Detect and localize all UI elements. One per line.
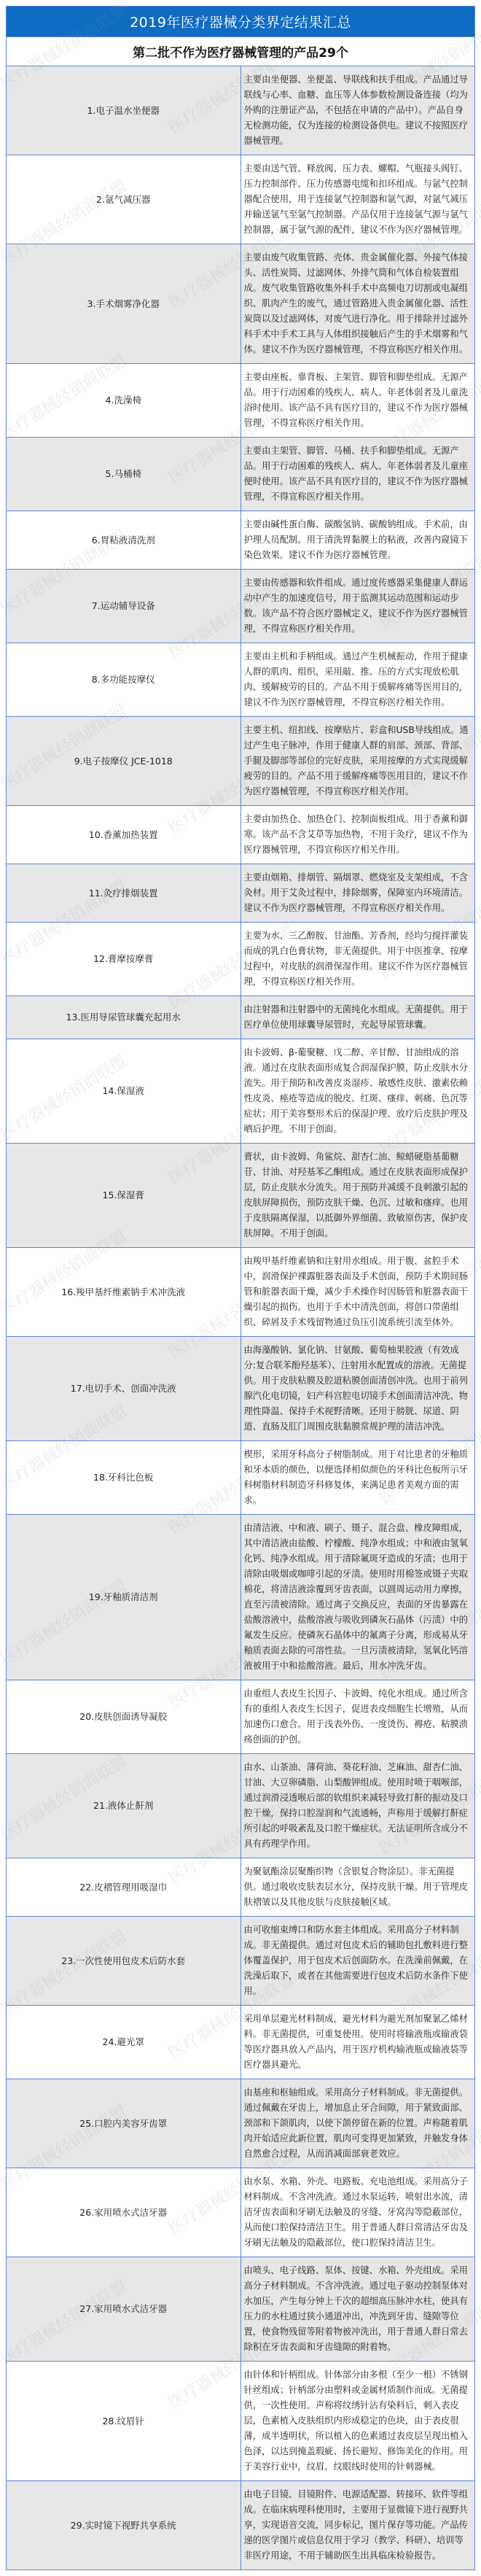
product-description: 楔形，采用牙科高分子树脂制成。用于对比患者的牙釉质和牙本质的颜色，以便选择相似颜… xyxy=(240,1441,475,1515)
product-description: 由重组人表皮生长因子、卡波姆、纯化水组成。通过所含有的重组人表皮生长因子，促进表… xyxy=(240,1680,475,1754)
table-row: 10.香薰加热装置主要由加热仓、加热仓门、控制面板组成。用于香薰和御寒。该产品不… xyxy=(7,806,475,864)
product-name: 6.胃粘液清洗剂 xyxy=(7,511,241,570)
product-name: 27.家用喷水式洁牙器 xyxy=(7,2257,241,2362)
classification-table: 2019年医疗器械分类界定结果汇总 第二批不作为医疗器械管理的产品29个 1.电… xyxy=(6,6,475,2570)
table-row: 29.实时镜下视野共享系统由电子目镜、目镜附件、电源适配器、转接环、软件等组成。… xyxy=(7,2481,475,2570)
table-row: 9.电子按摩仪 JCE-1018主要主机、纽扣线、按摩贴片、彩盒和USB导线组成… xyxy=(7,717,475,806)
table-row: 24.避光罩采用单层避光材料制成，避光材料为避光剂加聚氯乙烯材料。非无菌提供，可… xyxy=(7,2006,475,2079)
product-name: 3.手术烟雾净化器 xyxy=(7,244,241,364)
product-description: 由水泵、水箱、外壳、电路板、充电池组成。采用高分子材料制成。不含冲洗液。通过水泵… xyxy=(240,2168,475,2257)
product-description: 由海藻酸钠、氯化钠、甘氨酸、葡萄柚果胶液（有效成分:复合联苯酚羟基苯）、注射用水… xyxy=(240,1337,475,1441)
title-row: 2019年医疗器械分类界定结果汇总 xyxy=(7,7,475,37)
table-row: 12.膏摩按摩膏主要为水、三乙醇胺、甘油酯、芳香剂，经均匀搅拌灌装而成的乳白色膏… xyxy=(7,923,475,996)
product-name: 11.灸疗排烟装置 xyxy=(7,864,241,923)
table-row: 23.一次性使用包皮术后防水套由可收缩束缚口和防水套主体组成。采用高分子材料制成… xyxy=(7,1917,475,2006)
product-name: 15.保湿膏 xyxy=(7,1144,241,1248)
product-description: 主要由废气收集管路、壳体、贵金属催化器、外接气体接头、活性炭筒、过滤网体、外排气… xyxy=(240,244,475,364)
product-name: 29.实时镜下视野共享系统 xyxy=(7,2481,241,2570)
product-name: 25.口腔内美容牙齿罩 xyxy=(7,2079,241,2168)
product-description: 采用单层避光材料制成，避光材料为避光剂加聚氯乙烯材料。非无菌提供，可重复使用。使… xyxy=(240,2006,475,2079)
table-row: 11.灸疗排烟装置主要由烟箱、排烟管、隔烟罩、燃烧室及支架组成，不含灸材。用于艾… xyxy=(7,864,475,923)
product-description: 为聚氨酯涂层聚酯织物（含银复合物涂层）。非无菌提供。通过吸收皮肤表层水分，保持皮… xyxy=(240,1858,475,1917)
table-row: 21.液体止鼾剂由水、山茶油、薄荷油、葵花籽油、芝麻油、甜杏仁油、甘油、大豆卵磷… xyxy=(7,1754,475,1858)
product-description: 由注射器和注射器中的无菌纯化水组成。无菌提供。用于医疗单位使用球囊导尿管时，充起… xyxy=(240,996,475,1039)
table-row: 16.羧甲基纤维素钠手术冲洗液由羧甲基纤维素钠和注射用水组成。用于腹、盆腔手术中… xyxy=(7,1248,475,1337)
table-row: 22.皮褶管理用吸湿巾为聚氨酯涂层聚酯织物（含银复合物涂层）。非无菌提供。通过吸… xyxy=(7,1858,475,1917)
product-name: 20.皮肤创面诱导凝胶 xyxy=(7,1680,241,1754)
table-row: 13.医用导尿管球囊充起用水由注射器和注射器中的无菌纯化水组成。无菌提供。用于医… xyxy=(7,996,475,1039)
table-row: 1.电子温水坐便器主要由坐便器、坐便盖、导联线和扶手组成。产品通过导联线与心率、… xyxy=(7,66,475,155)
section-subtitle: 第二批不作为医疗器械管理的产品29个 xyxy=(7,37,475,66)
table-row: 20.皮肤创面诱导凝胶由重组人表皮生长因子、卡波姆、纯化水组成。通过所含有的重组… xyxy=(7,1680,475,1754)
table-row: 26.家用喷水式洁牙器由水泵、水箱、外壳、电路板、充电池组成。采用高分子材料制成… xyxy=(7,2168,475,2257)
product-name: 14.保湿液 xyxy=(7,1039,241,1144)
product-name: 16.羧甲基纤维素钠手术冲洗液 xyxy=(7,1248,241,1337)
product-description: 主要由传感器和软件组成。通过度传感器采集健康人群运动中产生的加速度信号，用于监测… xyxy=(240,570,475,643)
subtitle-row: 第二批不作为医疗器械管理的产品29个 xyxy=(7,37,475,66)
page-title: 2019年医疗器械分类界定结果汇总 xyxy=(7,7,475,37)
product-description: 由喷头、电子线路、泵体、按键、水箱、外壳组成。采用高分子材料制成。不含冲洗液。通… xyxy=(240,2257,475,2362)
product-name: 24.避光罩 xyxy=(7,2006,241,2079)
product-description: 由清洁液、中和液、刷子、镊子、混合盘、橡皮障组成，其中清洁液由盐酸、柠檬酸、纯净… xyxy=(240,1515,475,1680)
product-name: 5.马桶椅 xyxy=(7,438,241,511)
product-name: 1.电子温水坐便器 xyxy=(7,66,241,155)
product-name: 17.电切手术、创面冲洗液 xyxy=(7,1337,241,1441)
table-row: 15.保湿膏膏状，由卡波姆、角鲨烷、甜杏仁油、鲸蜡硬脂基葡糖苷、甘油、对羟基苯乙… xyxy=(7,1144,475,1248)
table-row: 19.牙釉质清洁剂由清洁液、中和液、刷子、镊子、混合盘、橡皮障组成，其中清洁液由… xyxy=(7,1515,475,1680)
table-row: 5.马桶椅主要由主架管、脚管、马桶、扶手和脚垫组成。无源产品。用于行动困难的残疾… xyxy=(7,438,475,511)
product-description: 主要由烟箱、排烟管、隔烟罩、燃烧室及支架组成，不含灸材。用于艾灸过程中，排除烟雾… xyxy=(240,864,475,923)
table-row: 4.洗澡椅主要由座板、靠背板、主架管、脚管和脚垫组成。无源产品。用于行动困难的残… xyxy=(7,364,475,438)
product-description: 主要主机、纽扣线、按摩贴片、彩盒和USB导线组成。通过产生电子脉冲，作用于健康人… xyxy=(240,717,475,806)
product-name: 21.液体止鼾剂 xyxy=(7,1754,241,1858)
product-description: 由卡波姆、β-葡聚糖、戊二醇、辛甘醇、甘油组成的溶液。通过在皮肤表面形成复合润湿… xyxy=(240,1039,475,1144)
product-name: 7.运动辅导设备 xyxy=(7,570,241,643)
product-name: 28.纹眉针 xyxy=(7,2362,241,2481)
product-description: 主要由送气管、释放阀、压力表、螺帽、气瓶接头阀钉、压力控制部件、压力传感器电缆和… xyxy=(240,155,475,244)
document-page: 2019年医疗器械分类界定结果汇总 第二批不作为医疗器械管理的产品29个 1.电… xyxy=(6,6,475,2570)
product-description: 膏状，由卡波姆、角鲨烷、甜杏仁油、鲸蜡硬脂基葡糖苷、甘油、对羟基苯乙酮组成。通过… xyxy=(240,1144,475,1248)
product-description: 主要由主机和手柄组成。通过产生机械振动，作用于健康人群的肌肉、组织，采用敲、推、… xyxy=(240,643,475,717)
product-name: 23.一次性使用包皮术后防水套 xyxy=(7,1917,241,2006)
table-row: 6.胃粘液清洗剂主要由碱性蛋白酶、碳酸氢钠、碳酸钠组成。手术前，由护理人员配制。… xyxy=(7,511,475,570)
product-name: 26.家用喷水式洁牙器 xyxy=(7,2168,241,2257)
product-name: 8.多功能按摩仪 xyxy=(7,643,241,717)
product-description: 主要由碱性蛋白酶、碳酸氢钠、碳酸钠组成。手术前，由护理人员配制。用于清洗胃黏膜上… xyxy=(240,511,475,570)
product-description: 由针体和针柄组成。针体部分由多根（至少一根）不锈钢针丝组成；针柄部分由塑料或金属… xyxy=(240,2362,475,2481)
product-description: 由电子目镜、目镜附件、电源适配器、转接环、软件等组成。在临床病理科使用时，主要用… xyxy=(240,2481,475,2570)
product-description: 主要为水、三乙醇胺、甘油酯、芳香剂，经均匀搅拌灌装而成的乳白色膏状物，非无菌提供… xyxy=(240,923,475,996)
table-row: 14.保湿液由卡波姆、β-葡聚糖、戊二醇、辛甘醇、甘油组成的溶液。通过在皮肤表面… xyxy=(7,1039,475,1144)
table-row: 8.多功能按摩仪主要由主机和手柄组成。通过产生机械振动，作用于健康人群的肌肉、组… xyxy=(7,643,475,717)
table-row: 7.运动辅导设备主要由传感器和软件组成。通过度传感器采集健康人群运动中产生的加速… xyxy=(7,570,475,643)
table-row: 3.手术烟雾净化器主要由废气收集管路、壳体、贵金属催化器、外接气体接头、活性炭筒… xyxy=(7,244,475,364)
product-description: 主要由座板、靠背板、主架管、脚管和脚垫组成。无源产品。用于行动困难的残疾人、病人… xyxy=(240,364,475,438)
table-row: 17.电切手术、创面冲洗液由海藻酸钠、氯化钠、甘氨酸、葡萄柚果胶液（有效成分:复… xyxy=(7,1337,475,1441)
product-description: 主要由加热仓、加热仓门、控制面板组成。用于香薰和御寒。该产品不含艾草等加热物，不… xyxy=(240,806,475,864)
product-name: 13.医用导尿管球囊充起用水 xyxy=(7,996,241,1039)
product-description: 由羧甲基纤维素钠和注射用水组成。用于腹、盆腔手术中，润滑保护裸露脏器表面及手术创… xyxy=(240,1248,475,1337)
product-description: 由水、山茶油、薄荷油、葵花籽油、芝麻油、甜杏仁油、甘油、大豆卵磷脂、山梨酸钾组成… xyxy=(240,1754,475,1858)
table-row: 28.纹眉针由针体和针柄组成。针体部分由多根（至少一根）不锈钢针丝组成；针柄部分… xyxy=(7,2362,475,2481)
product-description: 由基座和枢轴组成。采用高分子材料制成。非无菌提供。通过佩戴在牙齿上，增加息止牙合… xyxy=(240,2079,475,2168)
table-row: 18.牙科比色板楔形，采用牙科高分子树脂制成。用于对比患者的牙釉质和牙本质的颜色… xyxy=(7,1441,475,1515)
product-name: 4.洗澡椅 xyxy=(7,364,241,438)
product-description: 由可收缩束缚口和防水套主体组成。采用高分子材料制成。非无菌提供。通过对包皮术后的… xyxy=(240,1917,475,2006)
product-name: 9.电子按摩仪 JCE-1018 xyxy=(7,717,241,806)
product-name: 18.牙科比色板 xyxy=(7,1441,241,1515)
product-description: 主要由主架管、脚管、马桶、扶手和脚垫组成。无源产品。用于行动困难的残疾人、病人、… xyxy=(240,438,475,511)
product-name: 12.膏摩按摩膏 xyxy=(7,923,241,996)
table-row: 25.口腔内美容牙齿罩由基座和枢轴组成。采用高分子材料制成。非无菌提供。通过佩戴… xyxy=(7,2079,475,2168)
product-name: 19.牙釉质清洁剂 xyxy=(7,1515,241,1680)
product-name: 2.氩气减压器 xyxy=(7,155,241,244)
table-row: 27.家用喷水式洁牙器由喷头、电子线路、泵体、按键、水箱、外壳组成。采用高分子材… xyxy=(7,2257,475,2362)
product-name: 10.香薰加热装置 xyxy=(7,806,241,864)
product-description: 主要由坐便器、坐便盖、导联线和扶手组成。产品通过导联线与心率、血糖、血压等人体参… xyxy=(240,66,475,155)
product-name: 22.皮褶管理用吸湿巾 xyxy=(7,1858,241,1917)
table-row: 2.氩气减压器主要由送气管、释放阀、压力表、螺帽、气瓶接头阀钉、压力控制部件、压… xyxy=(7,155,475,244)
